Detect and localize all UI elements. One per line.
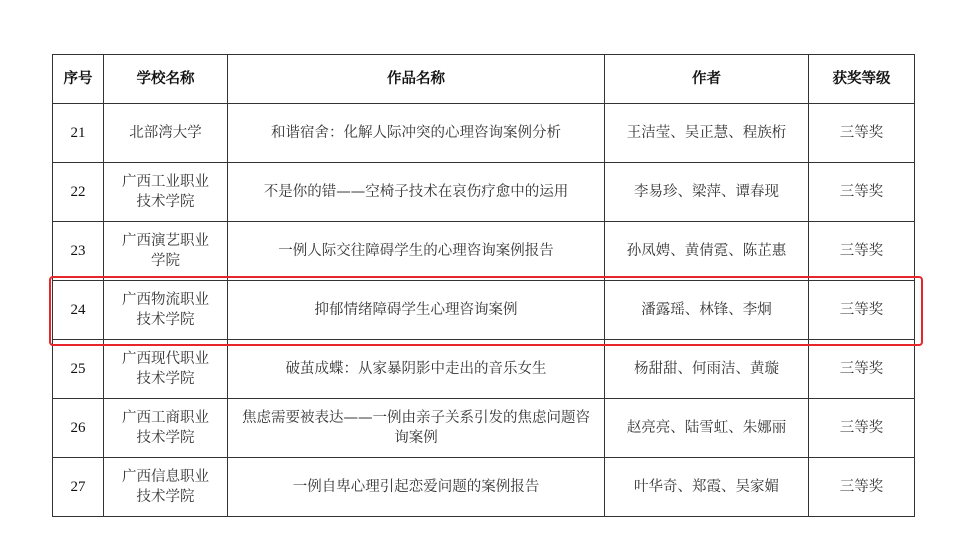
cell-authors: 叶华奇、郑霞、吴家媚 [605, 458, 809, 517]
cell-index: 23 [53, 222, 104, 281]
cell-work: 焦虑需要被表达——一例由亲子关系引发的焦虑问题咨询案例 [228, 399, 605, 458]
cell-school: 广西现代职业技术学院 [104, 340, 228, 399]
table-row: 22 广西工业职业技术学院 不是你的错——空椅子技术在哀伤疗愈中的运用 李易珍、… [53, 163, 915, 222]
cell-school: 北部湾大学 [104, 104, 228, 163]
cell-school: 广西物流职业技术学院 [104, 281, 228, 340]
cell-award: 三等奖 [809, 104, 915, 163]
cell-work: 破茧成蝶：从家暴阴影中走出的音乐女生 [228, 340, 605, 399]
table-row-highlighted: 24 广西物流职业技术学院 抑郁情绪障碍学生心理咨询案例 潘露瑶、林锋、李炯 三… [53, 281, 915, 340]
award-table: 序号 学校名称 作品名称 作者 获奖等级 21 北部湾大学 和谐宿舍：化解人际冲… [52, 54, 915, 517]
header-index: 序号 [53, 55, 104, 104]
cell-work: 抑郁情绪障碍学生心理咨询案例 [228, 281, 605, 340]
cell-work: 一例自卑心理引起恋爱问题的案例报告 [228, 458, 605, 517]
table-row: 26 广西工商职业技术学院 焦虑需要被表达——一例由亲子关系引发的焦虑问题咨询案… [53, 399, 915, 458]
cell-authors: 李易珍、梁萍、谭春现 [605, 163, 809, 222]
cell-index: 27 [53, 458, 104, 517]
cell-award: 三等奖 [809, 281, 915, 340]
cell-award: 三等奖 [809, 399, 915, 458]
cell-authors: 杨甜甜、何雨洁、黄璇 [605, 340, 809, 399]
cell-index: 21 [53, 104, 104, 163]
table-row: 21 北部湾大学 和谐宿舍：化解人际冲突的心理咨询案例分析 王洁莹、吴正慧、程族… [53, 104, 915, 163]
cell-school: 广西演艺职业学院 [104, 222, 228, 281]
cell-school: 广西信息职业技术学院 [104, 458, 228, 517]
cell-award: 三等奖 [809, 163, 915, 222]
cell-award: 三等奖 [809, 458, 915, 517]
cell-work: 不是你的错——空椅子技术在哀伤疗愈中的运用 [228, 163, 605, 222]
cell-school: 广西工商职业技术学院 [104, 399, 228, 458]
cell-index: 24 [53, 281, 104, 340]
header-school: 学校名称 [104, 55, 228, 104]
cell-authors: 王洁莹、吴正慧、程族桁 [605, 104, 809, 163]
table-row: 27 广西信息职业技术学院 一例自卑心理引起恋爱问题的案例报告 叶华奇、郑霞、吴… [53, 458, 915, 517]
cell-authors: 赵亮亮、陆雪虹、朱娜丽 [605, 399, 809, 458]
cell-award: 三等奖 [809, 340, 915, 399]
cell-authors: 孙凤娉、黄倩霓、陈芷惠 [605, 222, 809, 281]
cell-work: 一例人际交往障碍学生的心理咨询案例报告 [228, 222, 605, 281]
table-row: 25 广西现代职业技术学院 破茧成蝶：从家暴阴影中走出的音乐女生 杨甜甜、何雨洁… [53, 340, 915, 399]
cell-award: 三等奖 [809, 222, 915, 281]
cell-index: 25 [53, 340, 104, 399]
header-work: 作品名称 [228, 55, 605, 104]
table-header-row: 序号 学校名称 作品名称 作者 获奖等级 [53, 55, 915, 104]
cell-school: 广西工业职业技术学院 [104, 163, 228, 222]
header-award: 获奖等级 [809, 55, 915, 104]
table-row: 23 广西演艺职业学院 一例人际交往障碍学生的心理咨询案例报告 孙凤娉、黄倩霓、… [53, 222, 915, 281]
cell-authors: 潘露瑶、林锋、李炯 [605, 281, 809, 340]
cell-index: 22 [53, 163, 104, 222]
cell-work: 和谐宿舍：化解人际冲突的心理咨询案例分析 [228, 104, 605, 163]
cell-index: 26 [53, 399, 104, 458]
header-authors: 作者 [605, 55, 809, 104]
